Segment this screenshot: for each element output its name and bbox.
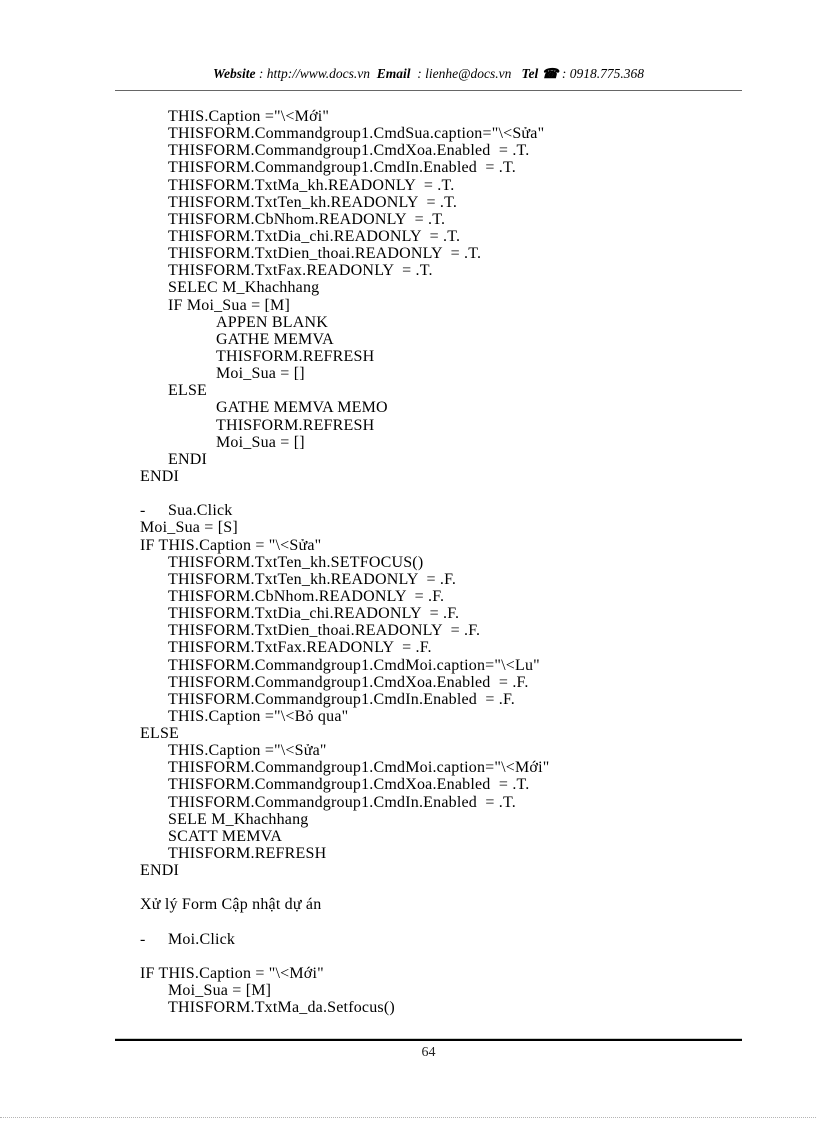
code-line: Moi_Sua = [] (140, 434, 760, 451)
document-page: Website : http://www.docs.vn Email : lie… (0, 0, 816, 1123)
code-line: THISFORM.TxtTen_kh.READONLY = .F. (140, 571, 760, 588)
code-line: SELEC M_Khachhang (140, 279, 760, 296)
code-line: THISFORM.Commandgroup1.CmdMoi.caption="\… (140, 759, 760, 776)
code-line: THISFORM.REFRESH (140, 845, 760, 862)
code-line: APPEN BLANK (140, 314, 760, 331)
code-block: THIS.Caption ="\<Mới"THISFORM.Commandgro… (140, 108, 760, 1016)
code-blank-line (140, 879, 760, 896)
code-line: -Moi.Click (140, 931, 760, 948)
page-header-contact-line: Website : http://www.docs.vn Email : lie… (115, 66, 742, 82)
website-label: Website (213, 66, 256, 81)
email-value: : lienhe@docs.vn (411, 66, 522, 81)
page-bottom-dotted-rule (0, 1117, 816, 1118)
code-line: THISFORM.Commandgroup1.CmdSua.caption="\… (140, 125, 760, 142)
code-line: Moi_Sua = [M] (140, 982, 760, 999)
header-rule (115, 90, 742, 91)
code-line: THISFORM.Commandgroup1.CmdXoa.Enabled = … (140, 776, 760, 793)
code-line: ELSE (140, 382, 760, 399)
code-line: THIS.Caption ="\<Bỏ qua" (140, 708, 760, 725)
code-line: THIS.Caption ="\<Sửa" (140, 742, 760, 759)
code-line: ENDI (140, 862, 760, 879)
code-line: THISFORM.TxtDia_chi.READONLY = .T. (140, 228, 760, 245)
page-number: 64 (115, 1045, 742, 1061)
code-line: THISFORM.TxtFax.READONLY = .T. (140, 262, 760, 279)
website-value: : http://www.docs.vn (256, 66, 377, 81)
bullet-dash: - (140, 502, 168, 519)
code-line: THISFORM.TxtMa_da.Setfocus() (140, 999, 760, 1016)
code-line: THISFORM.TxtDia_chi.READONLY = .F. (140, 605, 760, 622)
code-line: IF THIS.Caption = "\<Mới" (140, 965, 760, 982)
code-line: THISFORM.REFRESH (140, 348, 760, 365)
code-line: SCATT MEMVA (140, 828, 760, 845)
code-line: THISFORM.REFRESH (140, 417, 760, 434)
code-line: THISFORM.TxtTen_kh.READONLY = .T. (140, 194, 760, 211)
code-line: IF Moi_Sua = [M] (140, 297, 760, 314)
code-line: THISFORM.Commandgroup1.CmdXoa.Enabled = … (140, 142, 760, 159)
code-line: THISFORM.CbNhom.READONLY = .F. (140, 588, 760, 605)
code-line: THISFORM.TxtTen_kh.SETFOCUS() (140, 554, 760, 571)
code-line: THISFORM.Commandgroup1.CmdIn.Enabled = .… (140, 794, 760, 811)
email-label: Email (377, 66, 411, 81)
code-line: IF THIS.Caption = "\<Sửa" (140, 537, 760, 554)
tel-label: Tel (522, 66, 542, 81)
code-line: ENDI (140, 468, 760, 485)
code-line: Moi_Sua = [S] (140, 519, 760, 536)
code-line: THISFORM.TxtFax.READONLY = .F. (140, 639, 760, 656)
code-blank-line (140, 485, 760, 502)
code-line: THISFORM.CbNhom.READONLY = .T. (140, 211, 760, 228)
code-line: GATHE MEMVA (140, 331, 760, 348)
phone-icon: ☎ (542, 66, 559, 81)
code-line: THISFORM.TxtMa_kh.READONLY = .T. (140, 177, 760, 194)
bullet-dash: - (140, 931, 168, 948)
code-line: THISFORM.Commandgroup1.CmdMoi.caption="\… (140, 657, 760, 674)
code-line: THISFORM.TxtDien_thoai.READONLY = .F. (140, 622, 760, 639)
code-line: GATHE MEMVA MEMO (140, 399, 760, 416)
code-text: Moi.Click (168, 931, 235, 948)
code-text: Sua.Click (168, 502, 232, 519)
code-line: THISFORM.Commandgroup1.CmdIn.Enabled = .… (140, 159, 760, 176)
code-blank-line (140, 914, 760, 931)
code-line: THISFORM.Commandgroup1.CmdXoa.Enabled = … (140, 674, 760, 691)
code-line: SELE M_Khachhang (140, 811, 760, 828)
code-line: THIS.Caption ="\<Mới" (140, 108, 760, 125)
code-line: ELSE (140, 725, 760, 742)
code-line: THISFORM.Commandgroup1.CmdIn.Enabled = .… (140, 691, 760, 708)
code-line: THISFORM.TxtDien_thoai.READONLY = .T. (140, 245, 760, 262)
code-line: -Sua.Click (140, 502, 760, 519)
code-blank-line (140, 948, 760, 965)
code-line: ENDI (140, 451, 760, 468)
footer-rule (115, 1038, 742, 1041)
code-line: Xử lý Form Cập nhật dự án (140, 896, 760, 913)
tel-value: : 0918.775.368 (558, 66, 644, 81)
code-line: Moi_Sua = [] (140, 365, 760, 382)
